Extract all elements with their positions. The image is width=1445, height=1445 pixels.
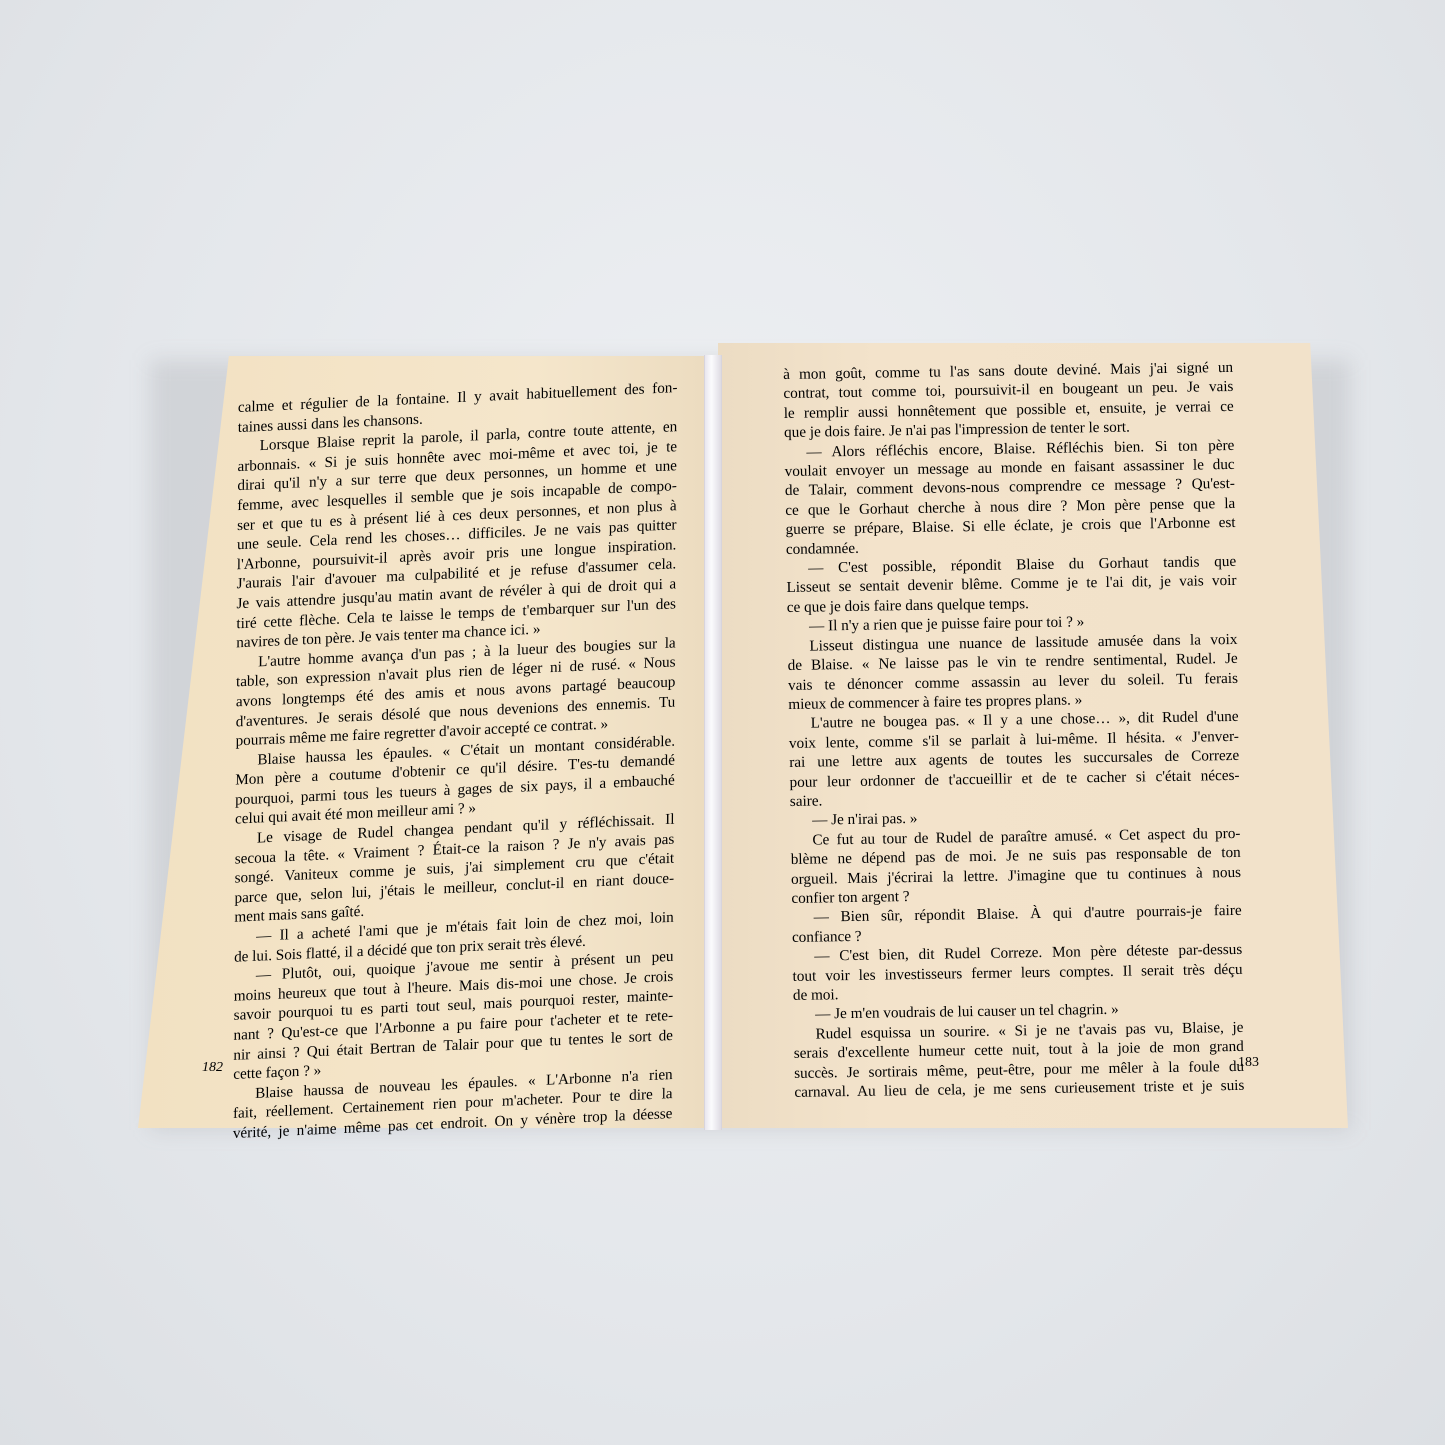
- book-spine: [704, 355, 722, 1130]
- left-page-number: 182: [202, 1060, 223, 1076]
- left-page-text: calme et régulier de la fontaine. Il y a…: [233, 378, 678, 1144]
- right-page-text: à mon goût, comme tu l'as sans doute dev…: [783, 358, 1245, 1102]
- right-page-number: 183: [1238, 1055, 1259, 1071]
